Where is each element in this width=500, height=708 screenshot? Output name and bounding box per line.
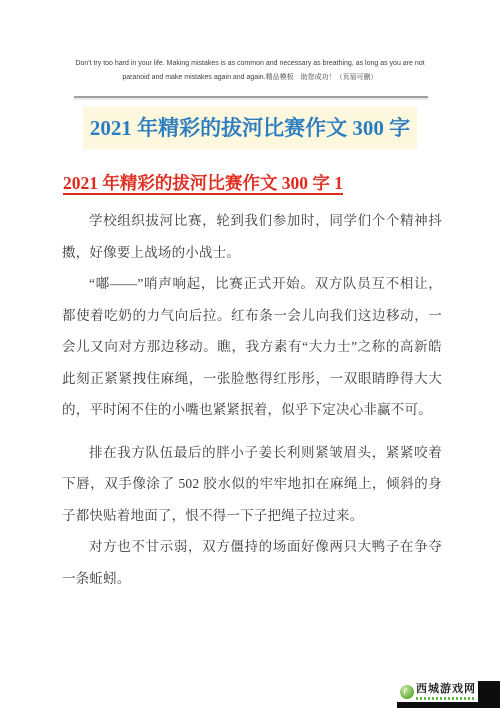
site-logo-text-block: 西城游戏网 [416, 683, 476, 700]
header-divider [74, 96, 428, 98]
section-heading: 2021 年精彩的拔河比赛作文 300 字 1 [63, 170, 343, 195]
site-watermark: 西城游戏网 [397, 681, 500, 708]
essay-paragraph: “嘟——”哨声响起，比赛正式开始。双方队员互不相让，都使着吃奶的力气向后拉。红布… [62, 268, 442, 426]
header-line-2: paranoid and make mistakes again and aga… [30, 71, 470, 85]
essay-body: 学校组织拔河比赛，轮到我们参加时，同学们个个精神抖擞，好像要上战场的小战士。“嘟… [62, 205, 442, 594]
site-logo-icon [400, 685, 414, 699]
essay-paragraph: 学校组织拔河比赛，轮到我们参加时，同学们个个精神抖擞，好像要上战场的小战士。 [62, 205, 442, 268]
site-logo: 西城游戏网 [397, 681, 478, 702]
essay-paragraph: 对方也不甘示弱，双方僵持的场面好像两只大鸭子在争夺一条蚯蚓。 [62, 531, 442, 594]
document-title-text: 2021 年精彩的拔河比赛作文 300 字 [83, 107, 417, 149]
site-name: 西城游戏网 [416, 683, 476, 695]
site-tagline-microtext [416, 697, 476, 700]
header-line-1: Don't try too hard in your life. Making … [30, 57, 470, 71]
document-page: Don't try too hard in your life. Making … [0, 0, 500, 708]
page-header: Don't try too hard in your life. Making … [30, 57, 470, 85]
document-title: 2021 年精彩的拔河比赛作文 300 字 [0, 107, 500, 149]
essay-paragraph: 排在我方队伍最后的胖小子姜长利则紧皱眉头，紧紧咬着下唇，双手像涂了 502 胶水… [62, 437, 442, 532]
